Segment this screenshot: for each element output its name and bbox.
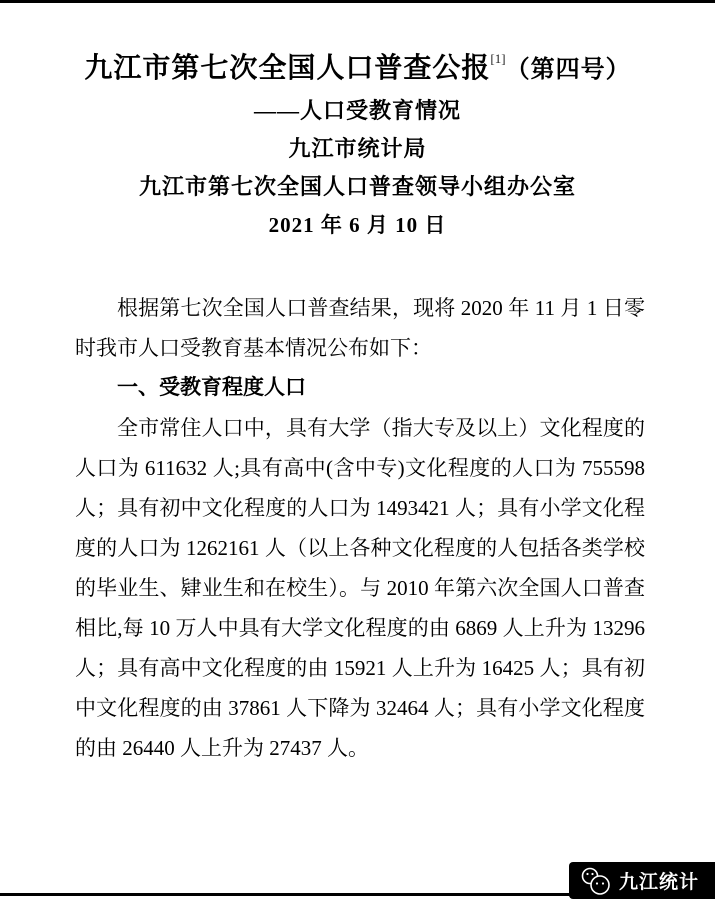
- section-heading-1: 一、受教育程度人口: [75, 368, 645, 408]
- brand-watermark-bar: 九江统计: [569, 862, 715, 899]
- title-issue-number: （第四号）: [506, 57, 631, 83]
- title-main: 九江市第七次全国人口普查公报: [84, 52, 490, 83]
- subtitle: ——人口受教育情况: [0, 92, 715, 130]
- census-bulletin-page: { "page": { "title": { "main": "九江市第七次全国…: [0, 0, 715, 915]
- overlapping-circles-logo-icon: [579, 866, 612, 896]
- page-title: 九江市第七次全国人口普查公报[1]（第四号）: [0, 40, 715, 92]
- paragraph2-line: 人；具有高中文化程度的由 15921 人上升为 16425 人；具有初: [75, 648, 645, 688]
- body-text: 根据第七次全国人口普查结果，现将 2020 年 11 月 1 日零 时我市人口受…: [0, 288, 715, 768]
- paragraph2-line: 人；具有初中文化程度的人口为 1493421 人；具有小学文化程: [75, 488, 645, 528]
- issuer-primary: 九江市统计局: [0, 130, 715, 168]
- paragraph2-line: 中文化程度的由 37861 人下降为 32464 人；具有小学文化程度: [75, 688, 645, 728]
- publish-date: 2021 年 6 月 10 日: [0, 206, 715, 244]
- paragraph2-line: 度的人口为 1262161 人（以上各种文化程度的人包括各类学校: [75, 528, 645, 568]
- document-body: 九江市第七次全国人口普查公报[1]（第四号） ——人口受教育情况 九江市统计局 …: [0, 0, 715, 768]
- paragraph2-line: 人口为 611632 人;具有高中(含中专)文化程度的人口为 755598: [75, 448, 645, 488]
- paragraph1-line: 时我市人口受教育基本情况公布如下：: [75, 328, 645, 368]
- paragraph2-line: 全市常住人口中，具有大学（指大专及以上）文化程度的: [75, 408, 645, 448]
- paragraph2-line: 相比,每 10 万人中具有大学文化程度的由 6869 人上升为 13296: [75, 608, 645, 648]
- paragraph1-line: 根据第七次全国人口普查结果，现将 2020 年 11 月 1 日零: [75, 288, 645, 328]
- paragraph2-line: 的毕业生、肄业生和在校生）。与 2010 年第六次全国人口普查: [75, 568, 645, 608]
- brand-name: 九江统计: [619, 867, 699, 894]
- paragraph2-line: 的由 26440 人上升为 27437 人。: [75, 728, 645, 768]
- issuer-secondary: 九江市第七次全国人口普查领导小组办公室: [0, 168, 715, 206]
- title-footnote-marker: [1]: [490, 51, 505, 66]
